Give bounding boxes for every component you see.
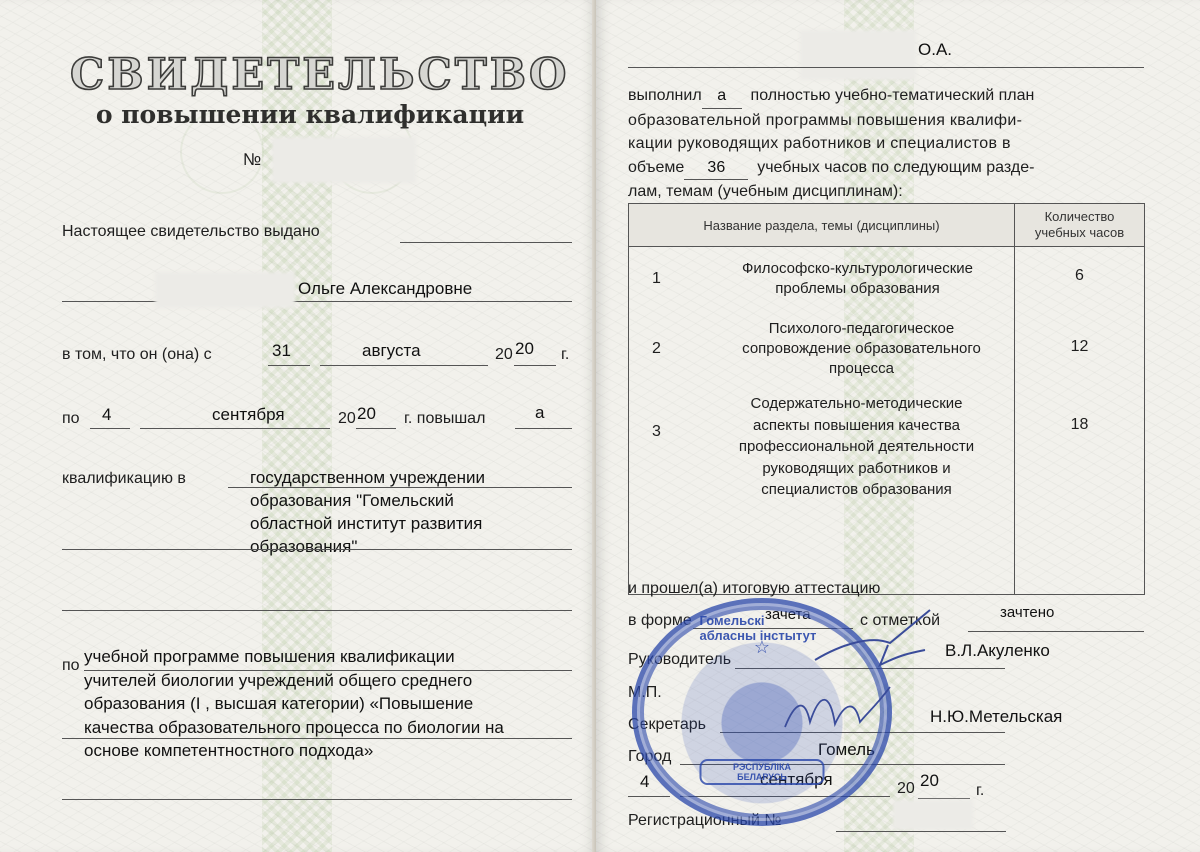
intro-line: лам, темам (учебным дисциплинам): [628,180,1034,204]
underline [735,668,1005,669]
completion-paragraph: выполнила полностью учебно-тематический … [628,84,1034,204]
period-label: в том, что он (она) с [62,346,212,364]
underline [62,610,572,611]
issued-label: Настоящее свидетельство выдано [62,223,320,241]
date-year-prefix: 20 [897,780,915,798]
short-name: О.А. [918,40,952,60]
raised-label: г. повышал [404,410,485,428]
date-year-suffix: 20 [920,771,939,791]
from-month: августа [362,341,421,361]
date-month: сентября [760,770,833,790]
underline [320,365,488,366]
underline [356,428,396,429]
row-number: 2 [630,340,712,358]
form-label: в форме [628,612,692,630]
underline [90,428,130,429]
secretary-name: Н.Ю.Метельская [930,707,1062,727]
program-label: по [62,657,80,675]
topic-name: Психолого-педагогическое сопровождение о… [712,319,1013,379]
to-month: сентября [212,405,285,425]
date-day: 4 [640,772,649,792]
mark-label: с отметкой [860,612,940,630]
table-header-row: Название раздела, темы (дисциплины) Коли… [629,204,1145,247]
curriculum-table: Название раздела, темы (дисциплины) Коли… [628,203,1145,595]
topic-cell: 1 Философско-культурологические проблемы… [629,247,1015,319]
completed-label: выполнил [628,87,702,104]
underline [968,631,1144,632]
intro-line: кации руководящих работников и специалис… [628,132,1034,156]
underline [268,365,310,366]
row-number: 1 [630,270,712,288]
year-label: г. [561,346,569,364]
certificate-left-page: СВИДЕТЕЛЬСТВО о повышении квалификации №… [0,0,596,852]
to-year-prefix: 20 [338,410,356,428]
underline [628,67,1144,68]
volume-line: объеме36 учебных часов по следующим разд… [628,156,1034,181]
raised-ending: а [535,403,544,423]
certificate-number-label: № [243,150,261,170]
mark-value: зачтено [1000,604,1054,621]
underline [680,796,890,797]
program-name: учебной программе повышения квалификации… [84,645,504,763]
topic-name: Философско-культурологические проблемы о… [712,259,1013,299]
form-value: зачета [765,606,811,623]
mp-label: М.П. [628,684,662,702]
hours-cell: 6 [1015,247,1145,319]
underline [680,764,1005,765]
underline [62,301,572,302]
intro-line: образовательной программы повышения квал… [628,109,1034,133]
to-year-suffix: 20 [357,404,376,424]
underline [515,428,572,429]
recipient-name: Ольге Александровне [298,279,472,299]
underline [628,796,670,797]
hours-cell: 12 [1015,318,1145,392]
topic-cell: 2 Психолого-педагогическое сопровождение… [629,318,1015,392]
underline [514,365,556,366]
volume-hours: 36 [684,156,748,181]
to-label: по [62,410,80,428]
program-line: качества образовательного процесса по би… [84,716,504,740]
head-label: Руководитель [628,651,731,669]
table-row: 2 Психолого-педагогическое сопровождение… [629,318,1145,392]
table-row: 1 Философско-культурологические проблемы… [629,247,1145,319]
completed-ending: а [702,84,742,109]
date-year-label: г. [976,782,984,800]
city-value: Гомель [818,740,875,760]
hours-cell: 18 [1015,392,1145,595]
underline [140,428,330,429]
underline [720,732,1005,733]
redacted-surname [800,30,916,80]
city-label: Город [628,748,671,766]
redacted-registration-number [893,800,973,830]
certificate-subtitle: о повышении квалификации [70,100,550,129]
program-line: учителей биологии учреждений общего сред… [84,669,504,693]
column-header-hours: Количество учебных часов [1015,204,1145,247]
topic-cell: 3 Содержательно-методические аспекты пов… [629,392,1015,595]
underline [62,799,572,800]
from-year-suffix: 20 [515,339,534,359]
underline [400,242,572,243]
intro-line: учебных часов по следующим разде- [757,159,1034,176]
institution-line: образования" [250,535,485,558]
underline [836,831,1006,832]
qualification-label: квалификацию в [62,470,186,488]
institution-line: областной институт развития [250,512,485,535]
topic-name: Содержательно-методические аспекты повыш… [712,393,1013,501]
intro-line: полностью учебно-тематический план [751,87,1035,104]
underline [693,628,853,629]
from-year-prefix: 20 [495,346,513,364]
head-name: В.Л.Акуленко [945,641,1050,661]
program-line: образования (I , высшая категории) «Повы… [84,692,504,716]
certificate-title: СВИДЕТЕЛЬСТВО [70,50,550,100]
institution-line: государственном учреждении [250,466,485,489]
table-row: 3 Содержательно-методические аспекты пов… [629,392,1145,595]
institution-name: государственном учреждении образования "… [250,466,485,558]
row-number: 3 [630,393,712,441]
registration-label: Регистрационный № [628,812,781,830]
attestation-label: и прошел(а) итоговую аттестацию [628,580,880,598]
to-day: 4 [102,405,111,425]
redacted-surname [155,272,295,308]
redacted-certificate-number [272,137,416,183]
underline [62,738,572,739]
program-line: основе компетентностного подхода» [84,739,504,763]
institution-line: образования "Гомельский [250,489,485,512]
completion-line: выполнила полностью учебно-тематический … [628,84,1034,109]
volume-label: объеме [628,159,684,176]
underline [918,798,970,799]
from-day: 31 [272,341,291,361]
secretary-label: Секретарь [628,716,706,734]
program-line: учебной программе повышения квалификации [84,645,504,669]
column-header-topic: Название раздела, темы (дисциплины) [629,204,1015,247]
underline [62,549,572,550]
